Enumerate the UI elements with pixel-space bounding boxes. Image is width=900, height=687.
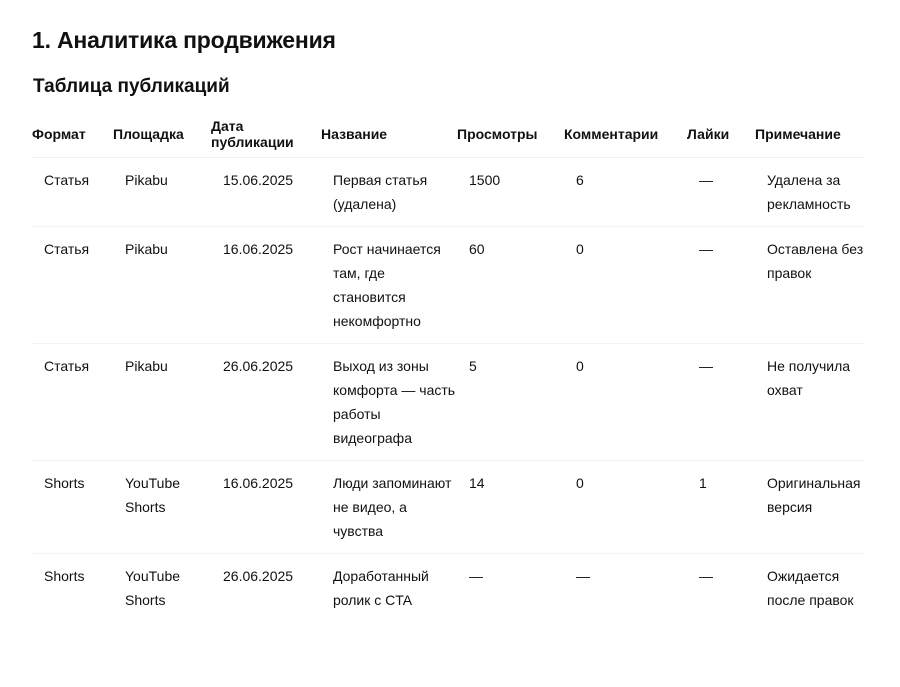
cell-title: Выход из зоны комфорта — часть работы ви… bbox=[321, 344, 457, 461]
cell-note: Оригинальная версия bbox=[755, 461, 864, 554]
column-header-note: Примечание bbox=[755, 112, 864, 158]
cell-format: Shorts bbox=[32, 461, 113, 554]
cell-comments: 0 bbox=[564, 461, 687, 554]
column-header-title: Название bbox=[321, 112, 457, 158]
table-row: Статья Pikabu 15.06.2025 Первая статья (… bbox=[32, 158, 864, 227]
cell-likes: — bbox=[687, 554, 755, 623]
table-row: Статья Pikabu 16.06.2025 Рост начинается… bbox=[32, 227, 864, 344]
cell-note: Оставлена без правок bbox=[755, 227, 864, 344]
cell-title: Первая статья (удалена) bbox=[321, 158, 457, 227]
cell-date: 26.06.2025 bbox=[211, 554, 321, 623]
cell-likes: — bbox=[687, 158, 755, 227]
cell-date: 15.06.2025 bbox=[211, 158, 321, 227]
column-header-likes: Лайки bbox=[687, 112, 755, 158]
cell-comments: 0 bbox=[564, 344, 687, 461]
cell-views: 5 bbox=[457, 344, 564, 461]
cell-views: 14 bbox=[457, 461, 564, 554]
cell-date: 16.06.2025 bbox=[211, 461, 321, 554]
cell-note: Ожидается после правок bbox=[755, 554, 864, 623]
table-row: Shorts YouTube Shorts 26.06.2025 Доработ… bbox=[32, 554, 864, 623]
cell-platform: Pikabu bbox=[113, 227, 211, 344]
cell-platform: Pikabu bbox=[113, 344, 211, 461]
table-body: Статья Pikabu 15.06.2025 Первая статья (… bbox=[32, 158, 864, 623]
cell-format: Shorts bbox=[32, 554, 113, 623]
cell-platform: YouTube Shorts bbox=[113, 461, 211, 554]
cell-likes: — bbox=[687, 227, 755, 344]
cell-format: Статья bbox=[32, 344, 113, 461]
publications-table: Формат Площадка Дата публикации Название… bbox=[32, 112, 864, 622]
cell-platform: YouTube Shorts bbox=[113, 554, 211, 623]
table-row: Статья Pikabu 26.06.2025 Выход из зоны к… bbox=[32, 344, 864, 461]
section-title: Таблица публикаций bbox=[33, 72, 230, 102]
table-row: Shorts YouTube Shorts 16.06.2025 Люди за… bbox=[32, 461, 864, 554]
cell-comments: 0 bbox=[564, 227, 687, 344]
cell-likes: — bbox=[687, 344, 755, 461]
cell-note: Удалена за рекламность bbox=[755, 158, 864, 227]
cell-views: 1500 bbox=[457, 158, 564, 227]
column-header-date: Дата публикации bbox=[211, 112, 321, 158]
cell-comments: — bbox=[564, 554, 687, 623]
cell-comments: 6 bbox=[564, 158, 687, 227]
cell-title: Люди запоминают не видео, а чувства bbox=[321, 461, 457, 554]
cell-platform: Pikabu bbox=[113, 158, 211, 227]
column-header-views: Просмотры bbox=[457, 112, 564, 158]
table-header-row: Формат Площадка Дата публикации Название… bbox=[32, 112, 864, 158]
cell-format: Статья bbox=[32, 227, 113, 344]
cell-note: Не получила охват bbox=[755, 344, 864, 461]
cell-views: — bbox=[457, 554, 564, 623]
cell-likes: 1 bbox=[687, 461, 755, 554]
page-title: 1. Аналитика продвижения bbox=[32, 22, 336, 58]
cell-date: 26.06.2025 bbox=[211, 344, 321, 461]
cell-title: Рост начинается там, где становится неко… bbox=[321, 227, 457, 344]
cell-views: 60 bbox=[457, 227, 564, 344]
column-header-platform: Площадка bbox=[113, 112, 211, 158]
column-header-comments: Комментарии bbox=[564, 112, 687, 158]
cell-title: Доработанный ролик с CTA bbox=[321, 554, 457, 623]
document-page: 1. Аналитика продвижения Таблица публика… bbox=[0, 0, 900, 687]
cell-date: 16.06.2025 bbox=[211, 227, 321, 344]
column-header-format: Формат bbox=[32, 112, 113, 158]
cell-format: Статья bbox=[32, 158, 113, 227]
